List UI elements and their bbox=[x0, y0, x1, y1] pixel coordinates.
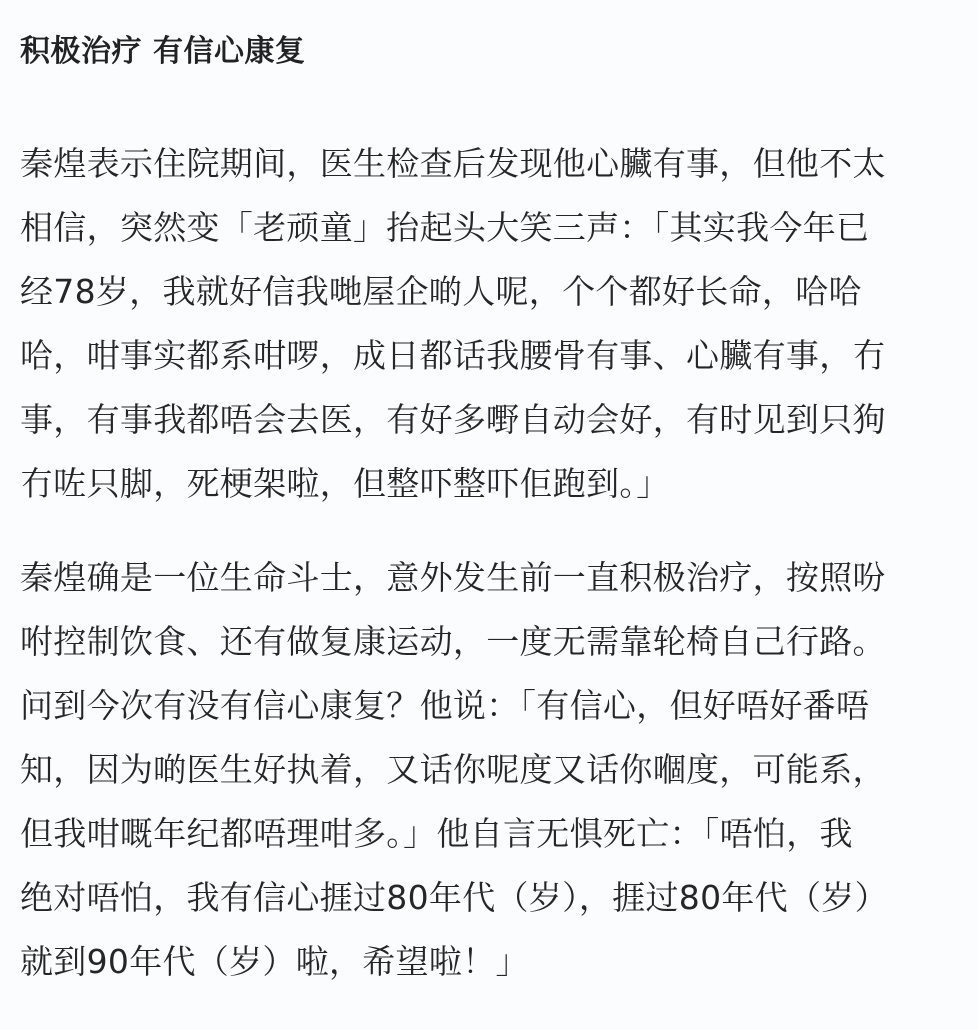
paragraph-line: 绝对唔怕，我有信心捱过80年代（岁），捱过80年代（岁） bbox=[20, 866, 888, 930]
paragraph-line: 秦煌表示住院期间，医生检查后发现他心臟有事，但他不太 bbox=[20, 132, 886, 196]
paragraph-line: 咐控制饮食、还有做复康运动，一度无需靠轮椅自己行路。 bbox=[20, 610, 888, 674]
paragraph-line: 就到90年代（岁）啦，希望啦！」 bbox=[20, 930, 888, 994]
paragraph-2: 秦煌确是一位生命斗士，意外发生前一直积极治疗，按照吩 咐控制饮食、还有做复康运动… bbox=[20, 546, 888, 994]
article-heading: 积极治疗 有信心康复 bbox=[20, 30, 305, 74]
paragraph-line: 但我咁嘅年纪都唔理咁多。」他自言无惧死亡：「唔怕，我 bbox=[20, 802, 888, 866]
paragraph-line: 秦煌确是一位生命斗士，意外发生前一直积极治疗，按照吩 bbox=[20, 546, 888, 610]
paragraph-1: 秦煌表示住院期间，医生检查后发现他心臟有事，但他不太 相信，突然变「老顽童」抬起… bbox=[20, 132, 886, 516]
paragraph-line: 经78岁，我就好信我哋屋企啲人呢，个个都好长命，哈哈 bbox=[20, 260, 886, 324]
paragraph-line: 事，有事我都唔会去医，有好多嘢自动会好，有时见到只狗 bbox=[20, 388, 886, 452]
paragraph-line: 相信，突然变「老顽童」抬起头大笑三声：「其实我今年已 bbox=[20, 196, 886, 260]
paragraph-line: 问到今次有没有信心康复？他说：「有信心，但好唔好番唔 bbox=[20, 674, 888, 738]
paragraph-line: 哈，咁事实都系咁啰，成日都话我腰骨有事、心臟有事，冇 bbox=[20, 324, 886, 388]
paragraph-line: 冇咗只脚，死梗架啦，但整吓整吓佢跑到。」 bbox=[20, 452, 886, 516]
paragraph-line: 知，因为啲医生好执着，又话你呢度又话你嗰度，可能系， bbox=[20, 738, 888, 802]
